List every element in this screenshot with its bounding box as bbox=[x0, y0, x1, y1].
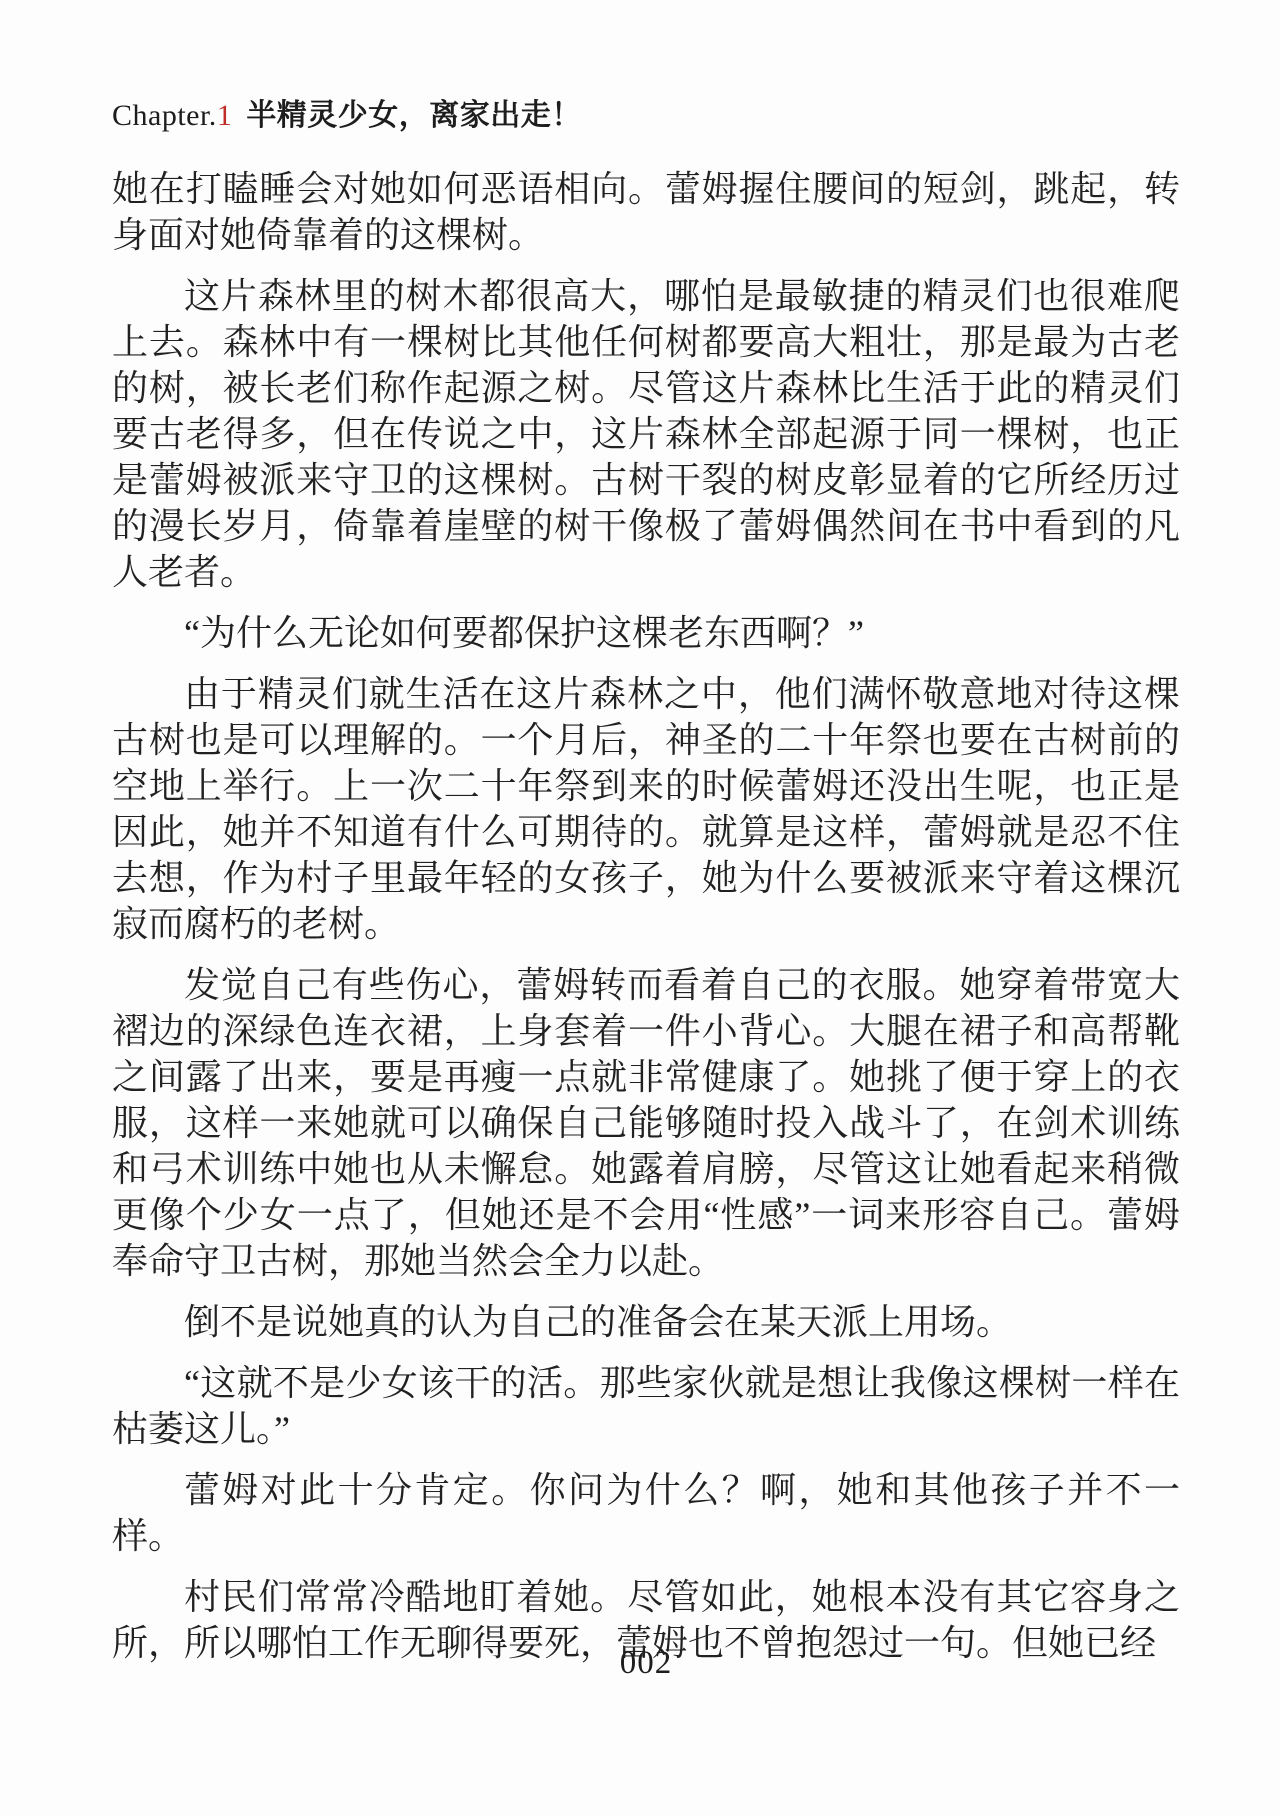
paragraph: 由于精灵们就生活在这片森林之中，他们满怀敬意地对待这棵古树也是可以理解的。一个月… bbox=[112, 671, 1180, 947]
page-number: 002 bbox=[112, 1645, 1180, 1682]
paragraph: 倒不是说她真的认为自己的准备会在某天派上用场。 bbox=[112, 1299, 1180, 1345]
chapter-title: 半精灵少女，离家出走！ bbox=[246, 99, 582, 132]
book-page: Chapter.1半精灵少女，离家出走！ 她在打瞌睡会对她如何恶语相向。蕾姆握住… bbox=[0, 0, 1280, 1816]
paragraph: “为什么无论如何要都保护这棵老东西啊？” bbox=[112, 610, 1180, 656]
paragraph: 蕾姆对此十分肯定。你问为什么？啊，她和其他孩子并不一样。 bbox=[112, 1467, 1180, 1559]
chapter-header: Chapter.1半精灵少女，离家出走！ bbox=[112, 90, 582, 134]
chapter-number: 1 bbox=[217, 99, 233, 132]
paragraph: 她在打瞌睡会对她如何恶语相向。蕾姆握住腰间的短剑，跳起，转身面对她倚靠着的这棵树… bbox=[112, 166, 1180, 258]
paragraph: 这片森林里的树木都很高大，哪怕是最敏捷的精灵们也很难爬上去。森林中有一棵树比其他… bbox=[112, 273, 1180, 595]
paragraph: “这就不是少女该干的活。那些家伙就是想让我像这棵树一样在枯萎这儿。” bbox=[112, 1360, 1180, 1452]
chapter-prefix: Chapter. bbox=[112, 99, 217, 132]
body-text: 她在打瞌睡会对她如何恶语相向。蕾姆握住腰间的短剑，跳起，转身面对她倚靠着的这棵树… bbox=[112, 166, 1180, 1681]
paragraph: 发觉自己有些伤心，蕾姆转而看着自己的衣服。她穿着带宽大褶边的深绿色连衣裙，上身套… bbox=[112, 962, 1180, 1284]
